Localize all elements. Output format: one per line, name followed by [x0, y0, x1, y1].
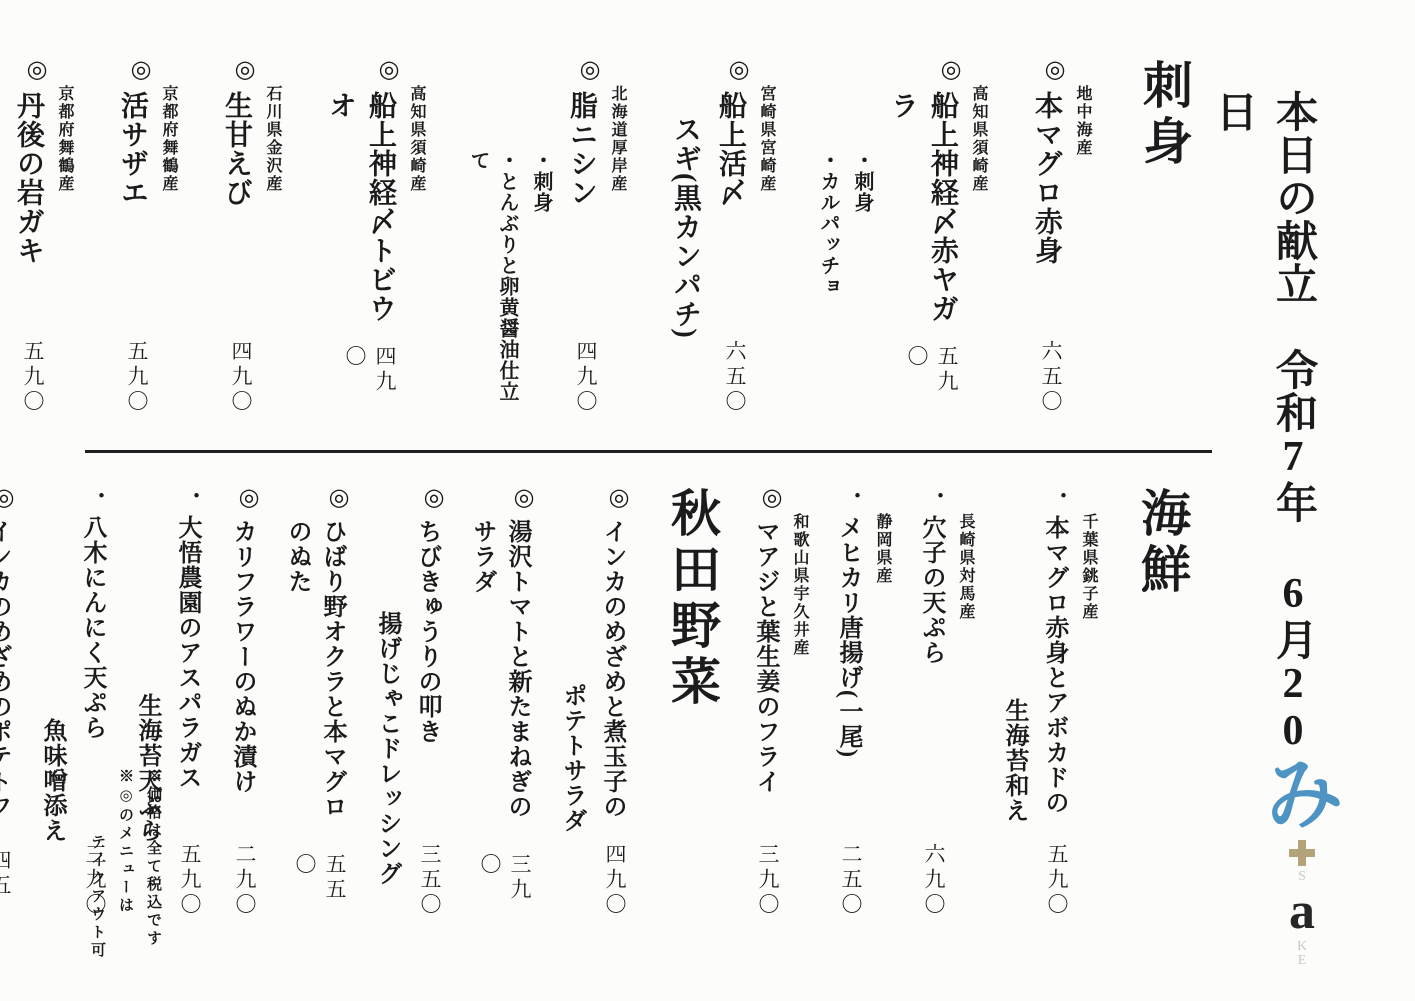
menu-item: ◎インカのめざめと煮玉子の四九〇ポテトサラダ	[555, 483, 630, 918]
takeout-mark-icon: ◎	[882, 55, 962, 83]
item-subname: ポテトサラダ	[555, 483, 590, 918]
item-price: 五九〇	[882, 335, 962, 415]
dot-bullet-icon: ・	[75, 483, 110, 507]
item-name-line: ◎脂ニシン四九〇	[561, 55, 601, 415]
item-name: ちびきゅうりの叩き	[410, 519, 445, 744]
item-price: 六五〇	[710, 330, 750, 415]
item-name: 活サザエ	[112, 91, 152, 207]
menu-item: 高知県須崎産◎船上神経〆トビウオ四九〇	[320, 55, 428, 415]
item-origin: 高知県須崎産	[405, 55, 428, 415]
item-price: 四九〇	[320, 335, 400, 415]
logo-letter-e: E	[1298, 954, 1307, 968]
item-name-line: ・大悟農園のアスパラガス五九〇	[170, 483, 205, 918]
dot-bullet-icon: ・	[530, 150, 552, 171]
item-price: 三五〇	[410, 833, 445, 918]
item-price: 四九〇	[216, 330, 256, 415]
item-name-line: ◎インカのめざめのポテトフライ四五〇	[0, 483, 15, 918]
takeout-mark-icon: ◎	[320, 55, 400, 83]
item-price: 四九〇	[561, 330, 601, 415]
menu-item: 長崎県対馬産・穴子の天ぷら六九〇	[914, 483, 977, 918]
takeout-mark-icon: ◎	[1026, 55, 1066, 83]
takeout-mark-icon: ◎	[0, 483, 15, 511]
item-name-line: ◎カリフラワーのぬか漬け二九〇	[225, 483, 260, 918]
menu-item: 京都府舞鶴産◎丹後の岩ガキ五九〇・生・酒醤油焼き	[0, 55, 76, 415]
takeout-mark-icon: ◎	[112, 55, 152, 83]
menu-item: 和歌山県宇久井産◎マアジと葉生姜のフライ三九〇	[748, 483, 811, 918]
item-name-line: ◎船上神経〆トビウオ四九〇	[320, 55, 400, 415]
dot-bullet-icon: ・	[851, 150, 873, 171]
item-name-line: ◎インカのめざめと煮玉子の四九〇	[595, 483, 630, 918]
item-origin: 長崎県対馬産	[954, 483, 977, 918]
item-name: 本マグロ赤身	[1026, 91, 1066, 265]
logo-wordmark: S a K E	[1289, 870, 1315, 968]
takeout-mark-icon: ◎	[595, 483, 630, 511]
item-option: ・カルパッチョ	[814, 55, 843, 415]
item-subname: スギ(黒カンパチ)	[665, 55, 705, 415]
menu-item: 千葉県銚子産・本マグロ赤身とアボカドの五九〇生海苔和え	[997, 483, 1100, 918]
item-origin: 和歌山県宇久井産	[788, 483, 811, 918]
item-option-label: 刺身	[530, 171, 552, 213]
dot-bullet-icon: ・	[496, 150, 518, 171]
takeout-mark-icon: ◎	[8, 55, 48, 83]
menu-page: 本日の献立 令和7年 6月20日 刺身地中海産◎本マグロ赤身六五〇高知県須崎産◎…	[0, 0, 1415, 1001]
item-name-line: ◎ひばり野オクラと本マグロのぬた五五〇	[280, 483, 350, 918]
menu-item: ◎湯沢トマトと新たまねぎのサラダ三九〇	[465, 483, 535, 918]
item-price: 四五〇	[0, 839, 15, 918]
item-name: カリフラワーのぬか漬け	[225, 519, 260, 794]
item-option: ・生	[0, 55, 3, 415]
item-price: 二五〇	[831, 833, 866, 918]
item-option: ・刺身	[848, 55, 877, 415]
item-name-line: ◎ちびきゅうりの叩き三五〇	[410, 483, 445, 918]
item-name-line: ◎マアジと葉生姜のフライ三九〇	[748, 483, 783, 918]
menu-item: 静岡県産・メヒカリ唐揚げ(一尾)二五〇	[831, 483, 894, 918]
menu-item: 石川県金沢産◎生甘えび四九〇	[216, 55, 284, 415]
item-name: 生甘えび	[216, 91, 256, 207]
item-option-label: 刺身	[851, 171, 873, 213]
menu-item: 宮崎県宮崎産◎船上活〆六五〇スギ(黒カンパチ)	[665, 55, 778, 415]
takeout-mark-icon: ◎	[748, 483, 783, 511]
item-origin: 千葉県銚子産	[1077, 483, 1100, 918]
section-header-akita: 秋田野菜	[656, 483, 728, 922]
item-name: 船上神経〆赤ヤガラ	[882, 91, 962, 335]
item-name: 船上活〆	[710, 91, 750, 207]
item-name-line: ・本マグロ赤身とアボカドの五九〇	[1037, 483, 1072, 918]
logo-letter-a: a	[1289, 886, 1315, 938]
section-header-kaisen: 海鮮	[1126, 483, 1198, 922]
menu-item: ◎ひばり野オクラと本マグロのぬた五五〇	[280, 483, 350, 918]
takeout-mark-icon: ◎	[216, 55, 256, 83]
item-price: 五九〇	[170, 833, 205, 918]
item-name: 脂ニシン	[561, 91, 601, 207]
item-price: 二九〇	[225, 833, 260, 918]
item-name: 船上神経〆トビウオ	[320, 91, 400, 335]
takeout-mark-icon: ◎	[410, 483, 445, 511]
item-name: ひばり野オクラと本マグロのぬた	[280, 519, 350, 843]
takeout-mark-icon: ◎	[561, 55, 601, 83]
note-line: テイクアウト可	[87, 768, 108, 968]
item-name: インカのめざめと煮玉子の	[595, 519, 630, 819]
takeout-mark-icon: ◎	[710, 55, 750, 83]
logo-plus-icon	[1289, 840, 1315, 866]
item-price: 四九〇	[595, 833, 630, 918]
item-name-line: ・メヒカリ唐揚げ(一尾)二五〇	[831, 483, 866, 918]
item-origin: 静岡県産	[871, 483, 894, 918]
item-price: 五九〇	[1037, 833, 1072, 918]
item-name-line: ◎生甘えび四九〇	[216, 55, 256, 415]
item-name-line: ◎船上神経〆赤ヤガラ五九〇	[882, 55, 962, 415]
takeout-mark-icon: ◎	[225, 483, 260, 511]
section-header-sashimi: 刺身	[1128, 55, 1200, 419]
item-origin: 石川県金沢産	[261, 55, 284, 415]
item-name-line: ・穴子の天ぷら六九〇	[914, 483, 949, 918]
item-subname: 生海苔和え	[997, 483, 1032, 918]
item-price: 六九〇	[914, 833, 949, 918]
item-name: 丹後の岩ガキ	[8, 91, 48, 265]
dot-bullet-icon: ・	[1037, 483, 1072, 507]
menu-title: 本日の献立 令和7年 6月20日	[1203, 90, 1323, 790]
item-name: 大悟農園のアスパラガス	[170, 515, 205, 790]
menu-row-sashimi: 刺身地中海産◎本マグロ赤身六五〇高知県須崎産◎船上神経〆赤ヤガラ五九〇・刺身・カ…	[0, 55, 1200, 415]
item-price: 五九〇	[112, 330, 152, 415]
item-origin: 高知県須崎産	[967, 55, 990, 415]
item-subname: 揚げじゃこドレッシング	[370, 483, 405, 918]
item-origin: 地中海産	[1071, 55, 1094, 415]
item-name: 穴子の天ぷら	[914, 515, 949, 665]
dot-bullet-icon: ・	[170, 483, 205, 507]
item-name: マアジと葉生姜のフライ	[748, 519, 783, 794]
note-line: ※◎のメニューは	[115, 768, 136, 968]
menu-item: ◎インカのめざめのポテトフライ四五〇酒盗バター	[0, 483, 15, 918]
item-name-line: ◎活サザエ五九〇	[112, 55, 152, 415]
item-price: 三九〇	[748, 833, 783, 918]
item-name-line: ◎丹後の岩ガキ五九〇	[8, 55, 48, 415]
brand-logo: み S a K E	[1256, 758, 1348, 968]
item-option: ・とんぶりと卵黄醤油仕立て	[464, 55, 522, 415]
menu-item: ◎カリフラワーのぬか漬け二九〇	[225, 483, 260, 918]
note-line: ※価格は全て税込です	[143, 768, 164, 968]
item-name-line: ◎船上活〆六五〇	[710, 55, 750, 415]
item-name: インカのめざめのポテトフライ	[0, 519, 15, 839]
item-option-label: カルパッチョ	[817, 171, 839, 297]
item-name: 湯沢トマトと新たまねぎのサラダ	[465, 519, 535, 843]
item-name: 八木にんにく天ぷら	[75, 515, 110, 740]
item-origin: 宮崎県宮崎産	[755, 55, 778, 415]
logo-letter-k: K	[1297, 940, 1307, 954]
takeout-mark-icon: ◎	[465, 483, 535, 511]
takeout-mark-icon: ◎	[280, 483, 350, 511]
item-name: メヒカリ唐揚げ(一尾)	[831, 515, 866, 758]
item-origin: 北海道厚岸産	[606, 55, 629, 415]
dot-bullet-icon: ・	[817, 150, 839, 171]
item-name-line: ◎湯沢トマトと新たまねぎのサラダ三九〇	[465, 483, 535, 918]
logo-mi-glyph: み	[1256, 751, 1348, 840]
item-option-label: とんぶりと卵黄醤油仕立て	[467, 150, 518, 402]
dot-bullet-icon: ・	[914, 483, 949, 507]
menu-item: 北海道厚岸産◎脂ニシン四九〇・刺身・とんぶりと卵黄醤油仕立て	[464, 55, 629, 415]
section-divider	[85, 450, 1212, 453]
item-option: ・刺身	[527, 55, 556, 415]
item-price: 六五〇	[1026, 330, 1066, 415]
item-price: 五五〇	[280, 843, 350, 918]
menu-item: 京都府舞鶴産◎活サザエ五九〇	[112, 55, 180, 415]
item-subname: 魚味噌添え	[35, 483, 70, 918]
item-name: 本マグロ赤身とアボカドの	[1037, 515, 1072, 815]
menu-item: ◎ちびきゅうりの叩き三五〇揚げじゃこドレッシング	[370, 483, 445, 918]
dot-bullet-icon: ・	[831, 483, 866, 507]
item-origin: 京都府舞鶴産	[157, 55, 180, 415]
footer-notes: ※価格は全て税込です※◎のメニューはテイクアウト可	[80, 768, 164, 968]
menu-item: 高知県須崎産◎船上神経〆赤ヤガラ五九〇・刺身・カルパッチョ	[814, 55, 990, 415]
item-price: 三九〇	[465, 843, 535, 918]
item-origin: 京都府舞鶴産	[53, 55, 76, 415]
item-price: 五九〇	[8, 330, 48, 415]
item-name-line: ◎本マグロ赤身六五〇	[1026, 55, 1066, 415]
logo-letter-s: S	[1298, 870, 1306, 884]
menu-row-kaisen-akita: 海鮮千葉県銚子産・本マグロ赤身とアボカドの五九〇生海苔和え長崎県対馬産・穴子の天…	[0, 483, 1198, 918]
menu-item: 地中海産◎本マグロ赤身六五〇	[1026, 55, 1094, 415]
